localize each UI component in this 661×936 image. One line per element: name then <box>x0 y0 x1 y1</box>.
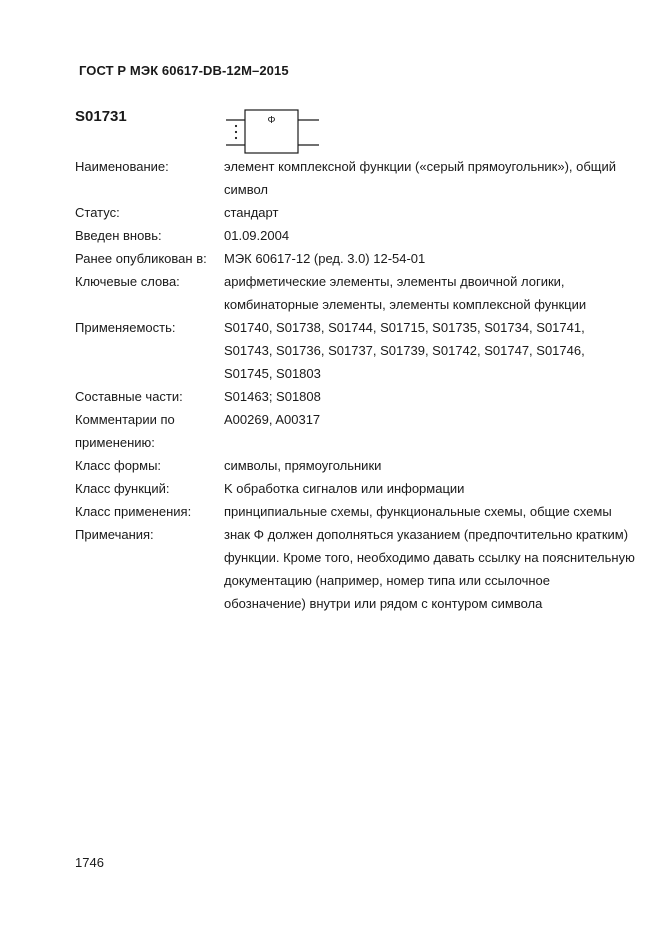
attribute-label: Класс применения: <box>75 500 224 523</box>
attribute-row: Наименование:элемент комплексной функции… <box>75 155 635 201</box>
attribute-row: Комментарии по применению:A00269, A00317 <box>75 408 635 454</box>
attribute-row: Статус:стандарт <box>75 201 635 224</box>
attribute-row: Примечания:знак Φ должен дополняться ука… <box>75 523 635 615</box>
document-header: ГОСТ Р МЭК 60617-DB-12M–2015 <box>79 63 289 78</box>
attribute-label: Введен вновь: <box>75 224 224 247</box>
attribute-label: Ранее опубликован в: <box>75 247 224 270</box>
attribute-label: Статус: <box>75 201 224 224</box>
attribute-row: Введен вновь:01.09.2004 <box>75 224 635 247</box>
attribute-value: МЭК 60617-12 (ред. 3.0) 12-54-01 <box>224 247 635 270</box>
attribute-label: Составные части: <box>75 385 224 408</box>
attribute-row: Класс функций:K обработка сигналов или и… <box>75 477 635 500</box>
attribute-row: Составные части:S01463; S01808 <box>75 385 635 408</box>
svg-text:Φ: Φ <box>268 115 276 126</box>
attribute-value: символы, прямоугольники <box>224 454 635 477</box>
attribute-value: S01463; S01808 <box>224 385 635 408</box>
attribute-row: Применяемость:S01740, S01738, S01744, S0… <box>75 316 635 385</box>
attribute-label: Применяемость: <box>75 316 224 385</box>
page-number: 1746 <box>75 855 104 870</box>
attribute-label: Примечания: <box>75 523 224 615</box>
attribute-row: Класс формы:символы, прямоугольники <box>75 454 635 477</box>
attribute-value: 01.09.2004 <box>224 224 635 247</box>
attribute-table: Наименование:элемент комплексной функции… <box>75 155 635 615</box>
attribute-label: Наименование: <box>75 155 224 201</box>
complex-function-symbol-icon: Φ <box>224 106 324 158</box>
symbol-code: S01731 <box>75 108 127 125</box>
attribute-value: A00269, A00317 <box>224 408 635 454</box>
attribute-row: Ранее опубликован в:МЭК 60617-12 (ред. 3… <box>75 247 635 270</box>
attribute-row: Ключевые слова:арифметические элементы, … <box>75 270 635 316</box>
attribute-label: Класс формы: <box>75 454 224 477</box>
attribute-value: принципиальные схемы, функциональные схе… <box>224 500 635 523</box>
attribute-row: Класс применения:принципиальные схемы, ф… <box>75 500 635 523</box>
attribute-value: S01740, S01738, S01744, S01715, S01735, … <box>224 316 635 385</box>
attribute-value: элемент комплексной функции («серый прям… <box>224 155 635 201</box>
attribute-value: знак Φ должен дополняться указанием (пре… <box>224 523 635 615</box>
attribute-label: Ключевые слова: <box>75 270 224 316</box>
attribute-label: Класс функций: <box>75 477 224 500</box>
attribute-value: арифметические элементы, элементы двоичн… <box>224 270 635 316</box>
attribute-value: стандарт <box>224 201 635 224</box>
attribute-value: K обработка сигналов или информации <box>224 477 635 500</box>
attribute-label: Комментарии по применению: <box>75 408 224 454</box>
